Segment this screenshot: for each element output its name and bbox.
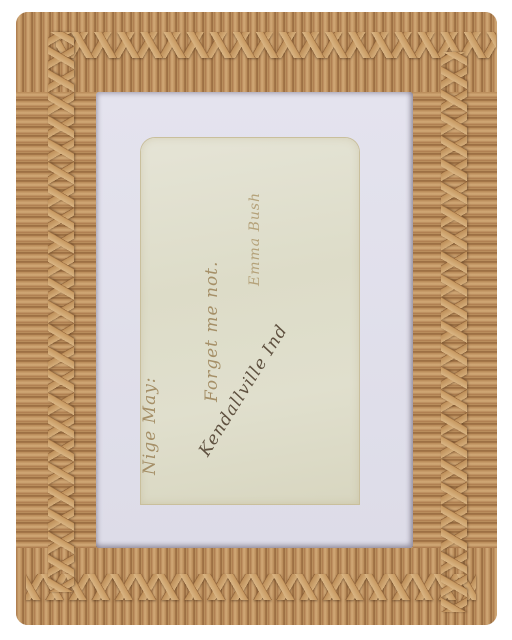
handwriting-line-1: Nige May: [140,376,160,475]
braid-bottom [26,574,476,600]
braid-right [441,52,467,612]
handwriting-line-2: Forget me not. [202,261,222,402]
handwriting-line-3: Emma Bush [247,192,263,286]
braid-left [48,32,74,592]
braid-top [56,32,496,58]
